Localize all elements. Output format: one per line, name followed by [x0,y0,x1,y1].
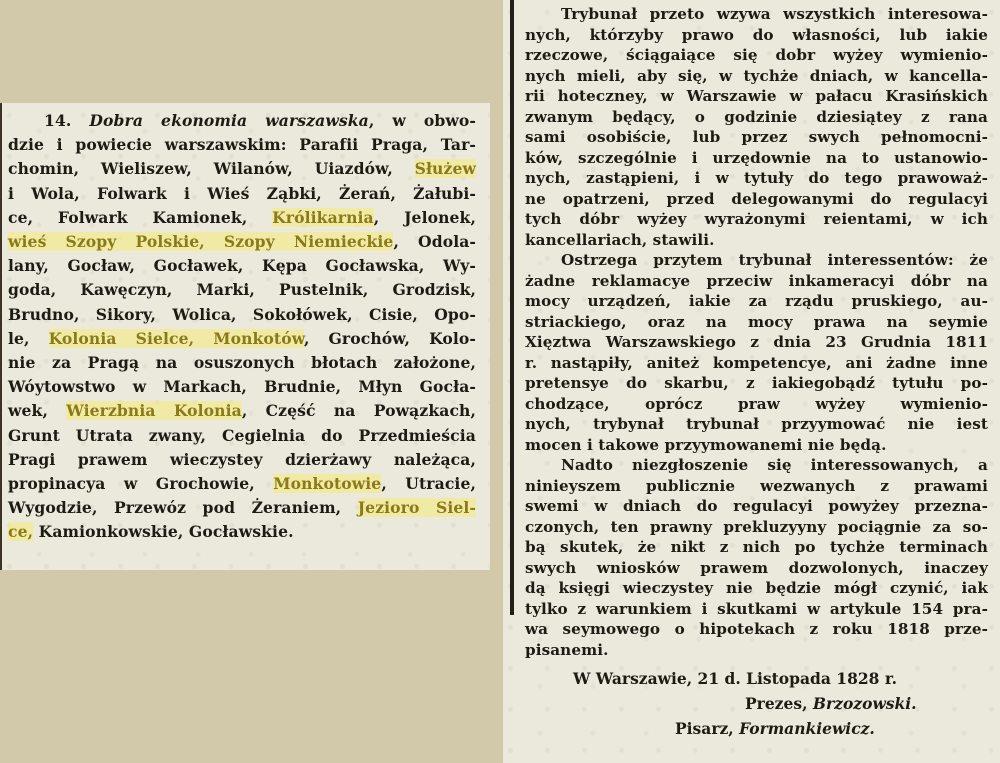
text-line: i Wola, Folwark i Wieś Ząbki, Żerań, Żał… [8,182,476,206]
text-run: dzie i powiecie warszawskim: Parafii Pra… [8,135,476,154]
text-run: Wóytowstwo w Markach, Brudnie, Młyn Gocł… [8,377,476,396]
text-line: dzie i powiecie warszawskim: Parafii Pra… [8,133,476,157]
text-line: Xięztwa Warszawskiego z dnia 23 Grudnia … [525,332,988,353]
text-run: 14. [44,111,89,130]
text-line: ce, Folwark Kamionek, Królikarnia, Jelon… [8,206,476,230]
text-line: zwanym będący, o godzinie dziesiątey z r… [525,107,988,128]
highlighted-place-name: Monkotowie [273,474,381,493]
text-run: Dobra ekonomia warszawska [89,111,368,130]
text-line: Grunt Utrata zwany, Cegielnia do Przedmi… [8,424,476,448]
text-line: nych mieli, aby się, w tychże dniach, w … [525,66,988,87]
text-line: nych, trybynał trybunał przyymować nie i… [525,414,988,435]
text-line: Wóytowstwo w Markach, Brudnie, Młyn Gocł… [8,375,476,399]
text-run: , w obwo- [369,111,476,130]
signature-role: Prezes, [745,694,807,713]
text-line: chodzące, oprócz praw wyżey wymienio- [525,394,988,415]
text-run: chomin, Wieliszew, Wilanów, Uiazdów, [8,159,415,178]
text-line: lany, Gocław, Gocławek, Kępa Gocławska, … [8,254,476,278]
text-line: mocy urządzeń, iakie za rządu pruskiego,… [525,291,988,312]
highlighted-place-name: wieś Szopy Polskie, Szopy Niemieckie [8,232,393,251]
text-line: Pragi prawem wieczystey dzierżawy należą… [8,448,476,472]
text-line: kancellariach, stawili. [525,230,988,251]
text-line: swemi w dniach do regulacyi powyżey prze… [525,496,988,517]
text-run: nie za Pragą na osuszonych błotach założ… [8,353,476,372]
text-line: chomin, Wieliszew, Wilanów, Uiazdów, Słu… [8,157,476,181]
text-run: Pragi prawem wieczystey dzierżawy należą… [8,450,476,469]
text-line: dą księgi wieczystey nie będzie mógł czy… [525,578,988,599]
text-line: ne opatrzeni, przed delegowanymi do regu… [525,189,988,210]
text-line: ków, szczególnie i urzędownie na to usta… [525,148,988,169]
highlighted-place-name: Służew [415,159,476,178]
estate-list-paragraph: 14. Dobra ekonomia warszawska, w obwo-dz… [8,109,476,545]
text-line: rzeczowe, ściągaiące się dobr wyżey wymi… [525,45,988,66]
text-run: , Utracie, [381,474,476,493]
tribunal-notice-text: Trybunał przeto wzywa wszystkich interes… [525,4,988,660]
text-line: swych wniosków prawem dozwolonych, inacz… [525,558,988,579]
text-run: Brudno, Sikory, Wolica, Sokołówek, Cisie… [8,305,476,324]
text-run: goda, Kawęczyn, Marki, Pustelnik, Grodzi… [8,280,476,299]
signature-prezes: Prezes, Brzozowski. [525,691,988,716]
text-run: , Odola- [393,232,476,251]
text-line: pretensye do skarbu, z iakiegobądź tytuł… [525,373,988,394]
text-line: mocen i takowe przyymowanemi nie będą. [525,435,988,456]
text-line: bą skutek, że nikt z nich po tychże term… [525,537,988,558]
text-line: czonych, ten prawny prekluzyyny pociągni… [525,517,988,538]
text-line: Nadto niezgłoszenie się interessowanych,… [525,455,988,476]
text-run: i Wola, Folwark i Wieś Ząbki, Żerań, Żał… [8,184,476,203]
text-line: Trybunał przeto wzywa wszystkich interes… [525,4,988,25]
signature-name: Formankiewicz. [739,719,875,738]
text-line: nych, którzyby prawo do własności, lub i… [525,25,988,46]
text-line: goda, Kawęczyn, Marki, Pustelnik, Grodzi… [8,278,476,302]
signature-pisarz: Pisarz, Formankiewicz. [525,716,988,741]
date-line: W Warszawie, 21 d. Listopada 1828 r. [525,666,988,691]
text-run: , Grochów, Kolo- [304,329,476,348]
text-line: nie za Pragą na osuszonych błotach założ… [8,351,476,375]
highlighted-place-name: ce, [8,522,33,541]
column-rule [510,0,514,615]
text-line: ninieyszem publicznie wezwanych z prawam… [525,476,988,497]
text-line: nych, zastąpieni, i w tytuły do tego pra… [525,168,988,189]
signature-role: Pisarz, [675,719,734,738]
highlighted-place-name: Królikarnia [272,208,374,227]
text-run: , Jelonek, [374,208,476,227]
highlighted-place-name: Wierzbnia Kolonia [66,401,242,420]
text-run: Wygodzie, Przewóz pod Żeraniem, [8,498,358,517]
text-line: wa seymowego o hipotekach z roku 1818 pr… [525,619,988,640]
highlighted-place-name: Jezioro Siel- [358,498,476,517]
text-run: ce, Folwark Kamionek, [8,208,272,227]
text-line: Wygodzie, Przewóz pod Żeraniem, Jezioro … [8,496,476,520]
text-run: , Część na Powązkach, [242,401,476,420]
text-line: ce, Kamionkowskie, Gocławskie. [8,520,476,544]
highlighted-place-name: Kolonia Sielce, Monkotów [49,329,304,348]
text-line: striackiego, oraz na mocy prawa na seymi… [525,312,988,333]
text-run: le, [8,329,49,348]
text-run: wek, [8,401,66,420]
text-line: sami osobiście, lub przez swych pełnomoc… [525,127,988,148]
text-line: wieś Szopy Polskie, Szopy Niemieckie, Od… [8,230,476,254]
text-line: Ostrzega przytem trybunał interessentów:… [525,250,988,271]
text-line: żadne reklamacye przeciw inkameracyi dób… [525,271,988,292]
text-line: tych dóbr wyżey wyrażonymi reientami, w … [525,209,988,230]
text-line: le, Kolonia Sielce, Monkotów, Grochów, K… [8,327,476,351]
text-run: lany, Gocław, Gocławek, Kępa Gocławska, … [8,256,476,275]
text-line: 14. Dobra ekonomia warszawska, w obwo- [8,109,476,133]
text-run: Grunt Utrata zwany, Cegielnia do Przedmi… [8,426,476,445]
text-line: Brudno, Sikory, Wolica, Sokołówek, Cisie… [8,303,476,327]
text-line: propinacya w Grochowie, Monkotowie, Utra… [8,472,476,496]
signature-name: Brzozowski. [813,694,917,713]
text-line: pisanemi. [525,640,988,661]
text-line: tylko z warunkiem i skutkami w artykule … [525,599,988,620]
right-excerpt: Trybunał przeto wzywa wszystkich interes… [503,0,1000,763]
text-line: rii hoteczney, w Warszawie w pałacu Kras… [525,86,988,107]
text-line: wek, Wierzbnia Kolonia, Część na Powązka… [8,399,476,423]
text-run: propinacya w Grochowie, [8,474,273,493]
text-line: r. nastąpiły, aniteż kompetencye, ani ża… [525,353,988,374]
left-excerpt: 14. Dobra ekonomia warszawska, w obwo-dz… [0,103,490,570]
text-run: Kamionkowskie, Gocławskie. [33,522,293,541]
